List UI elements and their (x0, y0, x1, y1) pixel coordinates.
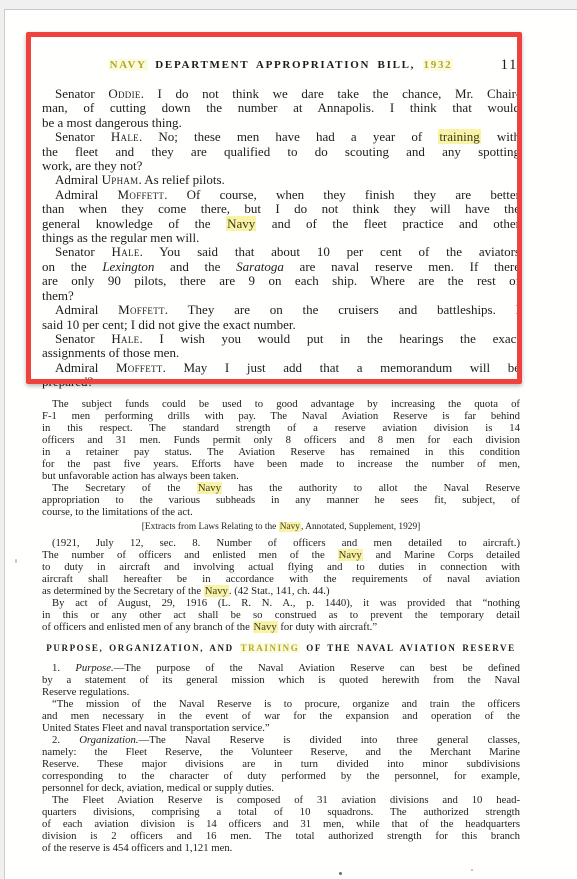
running-header: NAVY DEPARTMENT APPROPRIATION BILL, 1932… (42, 59, 520, 74)
text-line: things as the regular men will. (42, 231, 520, 245)
text-segment: (1921, July 12, sec. 8. Number of office… (52, 537, 520, 549)
text-segment: Lexington (102, 259, 154, 274)
text-segment: Senator (55, 129, 111, 144)
text-segment: Saratoga (236, 259, 284, 274)
text-line: The number of officers and enlisted men … (42, 549, 520, 561)
text-segment: than when they come there, but I do not … (42, 201, 520, 216)
text-line: appropriation to the various subheads in… (42, 494, 520, 506)
para-secretary-authority: The Secretary of the Navy has the author… (42, 482, 520, 518)
text-segment: things as the regular men will. (42, 230, 199, 245)
text-segment: The Fleet Aviation Reserve is composed o… (52, 794, 520, 806)
text-line: “The mission of the Naval Reserve is to … (42, 698, 520, 710)
text-line: By act of August, 29, 1916 (L. R. N. A.,… (42, 597, 520, 609)
text-segment: . Of course, when they finish they are b… (164, 187, 520, 202)
text-segment: Reserve. These major divisions are in tu… (42, 758, 520, 770)
text-segment: Senator (55, 244, 112, 259)
text-line: The Fleet Aviation Reserve is composed o… (42, 794, 520, 806)
text-segment: are naval reserve men. If there (284, 259, 520, 274)
text-line: than when they come there, but I do not … (42, 202, 520, 216)
text-line: of the reserve is 454 officers and 1,121… (42, 842, 520, 854)
extracts-caption: [Extracts from Laws Relating to the Navy… (42, 522, 520, 533)
text-line: of officers and enlisted men of any bran… (42, 621, 520, 633)
document-body: Senator Oddie. I do not think we dare ta… (42, 87, 520, 854)
text-line: be a most dangerous thing. (42, 116, 520, 130)
text-segment: and of the fleet practice and other (256, 216, 520, 231)
para-1921-act: (1921, July 12, sec. 8. Number of office… (42, 537, 520, 597)
text-segment: DEPARTMENT APPROPRIATION BILL, (148, 59, 423, 71)
text-segment: —The Naval Reserve is divided into three… (138, 734, 520, 746)
text-segment: assignments of those men. (42, 345, 179, 360)
text-segment: personnel for deck, aviation, medical or… (42, 782, 274, 794)
para-mission-quote: “The mission of the Naval Reserve is to … (42, 698, 520, 734)
highlighted-term: 1932 (423, 59, 454, 71)
text-line: and men necessary in the event of war fo… (42, 710, 520, 722)
text-segment: Senator (55, 331, 111, 346)
text-line: division is 2 officers and 16 men. The t… (42, 830, 520, 842)
text-line: 1. Purpose.—The purpose of the Naval Avi… (42, 662, 520, 674)
text-segment: The subject funds could be used to good … (52, 398, 520, 410)
para-subject-funds: The subject funds could be used to good … (42, 398, 520, 482)
text-line: man, of cutting down the number at Annap… (42, 101, 520, 115)
text-segment: United States Fleet and naval transporta… (42, 722, 270, 734)
text-segment: Moffett (118, 187, 165, 202)
text-segment: by a statement of its general mission wh… (42, 674, 520, 686)
text-segment: Reserve regulations. (42, 686, 129, 698)
text-segment: Admiral (55, 360, 116, 375)
highlighted-term: training (438, 129, 480, 144)
text-segment: officers and 31 men. Funds permit only 8… (42, 434, 520, 446)
text-segment: in this respect. The standard strength o… (42, 422, 520, 434)
text-segment: on the (42, 259, 102, 274)
text-segment: aircraft shall hereafter be in accordanc… (42, 573, 520, 585)
page-header-title: NAVY DEPARTMENT APPROPRIATION BILL, 1932 (109, 59, 454, 71)
text-segment: Upham (102, 172, 139, 187)
highlighted-term: Navy (197, 482, 222, 494)
para-hale-aviators: Senator Hale. You said that about 10 per… (42, 245, 520, 303)
text-line: Senator Oddie. I do not think we dare ta… (42, 87, 520, 101)
text-segment: division is 2 officers and 16 men. The t… (42, 830, 520, 842)
text-segment: Admiral (55, 187, 118, 202)
text-line: for the past five years. Efforts have be… (42, 458, 520, 470)
text-segment: as determined by the Secretary of the (42, 585, 204, 597)
text-segment: for duty with aircraft.” (278, 621, 377, 633)
text-line: of each aviation division is 14 officers… (42, 818, 520, 830)
text-line: as determined by the Secretary of the Na… (42, 585, 520, 597)
text-segment: Moffett (116, 360, 163, 375)
text-segment: Organization. (79, 734, 138, 746)
text-segment: Purpose. (75, 662, 113, 674)
highlighted-term: Navy (279, 522, 301, 532)
text-segment: but unfavorable action has always been t… (42, 470, 239, 482)
text-segment: . No; these men have had a year of (139, 129, 438, 144)
para-1916-act: By act of August, 29, 1916 (L. R. N. A.,… (42, 597, 520, 633)
text-line: by a statement of its general mission wh… (42, 674, 520, 686)
text-segment: to duty in aircraft and involving actual… (42, 561, 520, 573)
text-line: [Extracts from Laws Relating to the Navy… (42, 522, 520, 533)
text-line: said 10 per cent; I did not give the exa… (42, 318, 520, 332)
text-line: Admiral Upham. As relief pilots. (42, 173, 520, 187)
text-segment: appropriation to the various subheads in… (42, 494, 520, 506)
text-segment: Admiral (55, 302, 118, 317)
text-line: Reserve regulations. (42, 686, 520, 698)
scan-artifact-dot (471, 869, 473, 871)
text-segment: corresponding to the character of duty p… (42, 770, 520, 782)
text-segment: Hale (111, 331, 139, 346)
text-segment: Hale (111, 129, 139, 144)
text-line: general knowledge of the Navy and of the… (42, 217, 520, 231)
para-fleet-aviation-reserve: The Fleet Aviation Reserve is composed o… (42, 794, 520, 854)
text-segment: PURPOSE, ORGANIZATION, AND (46, 643, 239, 653)
para-organization: 2. Organization.—The Naval Reserve is di… (42, 734, 520, 794)
scan-artifact-dot (339, 872, 342, 875)
para-hale-hearings: Senator Hale. I wish you would put in th… (42, 332, 520, 361)
page-number: 11 (501, 57, 518, 74)
text-segment: them? (42, 288, 74, 303)
scan-artifact-dot (15, 559, 17, 563)
text-line: Reserve. These major divisions are in tu… (42, 758, 520, 770)
text-segment: . They are on the cruisers and battleshi… (165, 302, 520, 317)
text-line: assignments of those men. (42, 346, 520, 360)
text-line: Senator Hale. No; these men have had a y… (42, 130, 520, 144)
para-purpose: 1. Purpose.—The purpose of the Naval Avi… (42, 662, 520, 698)
text-segment: “The mission of the Naval Reserve is to … (52, 698, 520, 710)
text-line: aircraft shall hereafter be in accordanc… (42, 573, 520, 585)
text-line: Admiral Moffett. They are on the cruiser… (42, 303, 520, 317)
text-line: F-1 men performing drills with pay. The … (42, 410, 520, 422)
text-segment: in this or any other act shall be so con… (42, 609, 520, 621)
text-segment: of officers and enlisted men of any bran… (42, 621, 253, 633)
text-segment: said 10 per cent; I did not give the exa… (42, 317, 296, 332)
text-segment: Senator (55, 86, 108, 101)
text-segment: . I wish you would put in the hearings t… (139, 331, 520, 346)
text-line: course, to the limitations of the act. (42, 506, 520, 518)
text-segment: [Extracts from Laws Relating to the (142, 522, 279, 532)
text-segment: be a most dangerous thing. (42, 115, 182, 130)
para-oddie-chance: Senator Oddie. I do not think we dare ta… (42, 87, 520, 130)
text-segment: quarters divisions, comprising a total o… (42, 806, 520, 818)
text-line: are only 90 pilots, there are 9 on each … (42, 274, 520, 288)
text-segment: Hale (112, 244, 140, 259)
highlighted-term: Navy (226, 216, 256, 231)
text-line: but unfavorable action has always been t… (42, 470, 520, 482)
text-segment: Moffett (118, 302, 165, 317)
text-line: Admiral Moffett. Of course, when they fi… (42, 188, 520, 202)
highlighted-term: Navy (253, 621, 278, 633)
highlighted-term: Navy (338, 549, 363, 561)
text-segment: general knowledge of the (42, 216, 226, 231)
text-line: The Secretary of the Navy has the author… (42, 482, 520, 494)
text-segment: Admiral (55, 172, 102, 187)
text-line: (1921, July 12, sec. 8. Number of office… (42, 537, 520, 549)
text-segment: —The purpose of the Naval Aviation Reser… (114, 662, 520, 674)
text-segment: has the authority to allot the Naval Res… (222, 482, 520, 494)
para-hale-training: Senator Hale. No; these men have had a y… (42, 130, 520, 173)
text-segment: OF THE NAVAL AVIATION RESERVE (300, 643, 515, 653)
highlighted-term: NAVY (109, 59, 148, 71)
text-segment: of each aviation division is 14 officers… (42, 818, 520, 830)
text-segment: prepared? (42, 374, 93, 389)
text-segment: course, to the limitations of the act. (42, 506, 193, 518)
text-segment: man, of cutting down the number at Annap… (42, 100, 520, 115)
text-line: personnel for deck, aviation, medical or… (42, 782, 520, 794)
text-segment: namely: the Fleet Reserve, the Volunteer… (42, 746, 520, 758)
text-line: The subject funds could be used to good … (42, 398, 520, 410)
text-column: NAVY DEPARTMENT APPROPRIATION BILL, 1932… (42, 10, 520, 854)
text-line: officers and 31 men. Funds permit only 8… (42, 434, 520, 446)
text-line: prepared? (42, 375, 520, 389)
text-segment: are only 90 pilots, there are 9 on each … (42, 273, 520, 288)
text-segment: . I do not think we dare take the chance… (141, 86, 520, 101)
text-line: on the Lexington and the Saratoga are na… (42, 260, 520, 274)
text-segment: The Secretary of the (52, 482, 197, 494)
text-line: quarters divisions, comprising a total o… (42, 806, 520, 818)
text-line: PURPOSE, ORGANIZATION, AND TRAINING OF T… (42, 643, 520, 653)
text-line: United States Fleet and naval transporta… (42, 722, 520, 734)
text-segment: , Annotated, Supplement, 1929] (301, 522, 420, 532)
text-line: in this or any other act shall be so con… (42, 609, 520, 621)
text-segment: . You said that about 10 per cent of the… (140, 244, 520, 259)
section-heading: PURPOSE, ORGANIZATION, AND TRAINING OF T… (42, 643, 520, 653)
text-segment: . (42 Stat., 141, ch. 44.) (229, 585, 330, 597)
text-segment: and men necessary in the event of war fo… (42, 710, 520, 722)
text-line: Admiral Moffett. May I just add that a m… (42, 361, 520, 375)
text-segment: Oddie (108, 86, 140, 101)
highlighted-term: Navy (204, 585, 229, 597)
scanned-document-page: NAVY DEPARTMENT APPROPRIATION BILL, 1932… (4, 9, 577, 879)
text-segment: . May I just add that a memorandum will … (163, 360, 520, 375)
text-segment: in a retainer pay status. The Aviation R… (42, 446, 520, 458)
text-line: corresponding to the character of duty p… (42, 770, 520, 782)
text-line: Senator Hale. I wish you would put in th… (42, 332, 520, 346)
text-segment: of the reserve is 454 officers and 1,121… (42, 842, 232, 854)
text-segment: F-1 men performing drills with pay. The … (42, 410, 520, 422)
text-line: the fleet and they are qualified to do s… (42, 145, 520, 159)
text-segment: The number of officers and enlisted men … (42, 549, 338, 561)
text-segment: . As relief pilots. (138, 172, 224, 187)
text-line: work, are they not? (42, 159, 520, 173)
text-segment: for the past five years. Efforts have be… (42, 458, 520, 470)
para-moffett-cruisers: Admiral Moffett. They are on the cruiser… (42, 303, 520, 332)
text-line: in a retainer pay status. The Aviation R… (42, 446, 520, 458)
text-line: in this respect. The standard strength o… (42, 422, 520, 434)
text-segment: the fleet and they are qualified to do s… (42, 144, 520, 159)
text-line: namely: the Fleet Reserve, the Volunteer… (42, 746, 520, 758)
para-moffett-memorandum: Admiral Moffett. May I just add that a m… (42, 361, 520, 390)
para-upham-relief-pilots: Admiral Upham. As relief pilots. (42, 173, 520, 187)
para-moffett-knowledge: Admiral Moffett. Of course, when they fi… (42, 188, 520, 246)
text-line: to duty in aircraft and involving actual… (42, 561, 520, 573)
text-line: them? (42, 289, 520, 303)
highlighted-term: TRAINING (240, 643, 301, 653)
text-segment: with (481, 129, 520, 144)
text-segment: By act of August, 29, 1916 (L. R. N. A.,… (52, 597, 520, 609)
text-segment: work, are they not? (42, 158, 142, 173)
text-segment: 2. (52, 734, 79, 746)
text-line: Senator Hale. You said that about 10 per… (42, 245, 520, 259)
text-segment: 1. (52, 662, 75, 674)
text-segment: and Marine Corps detailed (363, 549, 520, 561)
text-segment: and the (154, 259, 236, 274)
text-line: 2. Organization.—The Naval Reserve is di… (42, 734, 520, 746)
